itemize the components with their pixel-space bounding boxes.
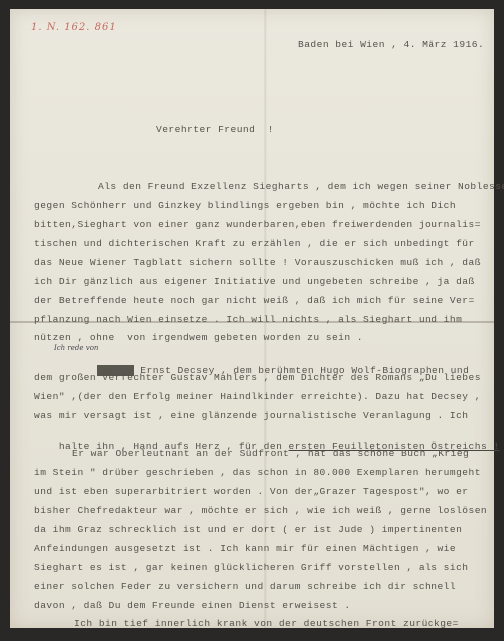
text-line: und ist eben superarbitriert worden . Vo… (34, 486, 469, 498)
handwritten-insertion: Ich rede von (54, 344, 98, 352)
archive-signature: 1. N. 162. 861 (31, 22, 117, 33)
text-line: Sieghart es ist , gar keinen glücklicher… (34, 562, 469, 574)
text-line: Wien" ,(der den Erfolg meiner Haindlkind… (34, 391, 481, 403)
place-date: Baden bei Wien , 4. März 1916. (298, 39, 484, 51)
text-line: pflanzung nach Wien einsetze . Ich will … (34, 314, 462, 326)
text-line: da ihm Graz schrecklich ist und er dort … (34, 524, 462, 536)
text-line: im Stein " drüber geschrieben , das scho… (34, 467, 481, 479)
text-line: Ich bin tief innerlich krank von der deu… (74, 618, 459, 630)
text-line: dem großen Verfechter Gustav Mahlers , d… (34, 372, 481, 384)
text-line: einer solchen Feder zu versichern und da… (34, 581, 456, 593)
text-line: nützen , ohne von irgendwem gebeten word… (34, 332, 363, 344)
text-line: der Betreffende heute noch gar nicht wei… (34, 295, 475, 307)
text-line: tischen und dichterischen Kraft zu erzäh… (34, 238, 475, 250)
text-line: Er war Oberleutnant an der Südfront , ha… (72, 448, 469, 460)
text-line: gegen Schönherr und Ginzkey blindlings e… (34, 200, 456, 212)
text-line: Anfeindungen ausgesetzt ist . Ich kann m… (34, 543, 456, 555)
text-line: bitten,Sieghart von einer ganz wunderbar… (34, 219, 481, 231)
text-line: das Neue Wiener Tagblatt sichern sollte … (34, 257, 481, 269)
text-line: davon , daß Du dem Freunde einen Dienst … (34, 600, 351, 612)
letter-page: 1. N. 162. 861 Baden bei Wien , 4. März … (10, 9, 494, 628)
text-line: was mir versagt ist , eine glänzende jou… (34, 410, 469, 422)
text-line: Als den Freund Exzellenz Siegharts , dem… (98, 181, 504, 193)
salutation: Verehrter Freund ! (156, 124, 274, 136)
text-line: bisher Chefredakteur war , möchte er sic… (34, 505, 487, 517)
text-line: ich Dir gänzlich aus eigener Initiative … (34, 276, 475, 288)
